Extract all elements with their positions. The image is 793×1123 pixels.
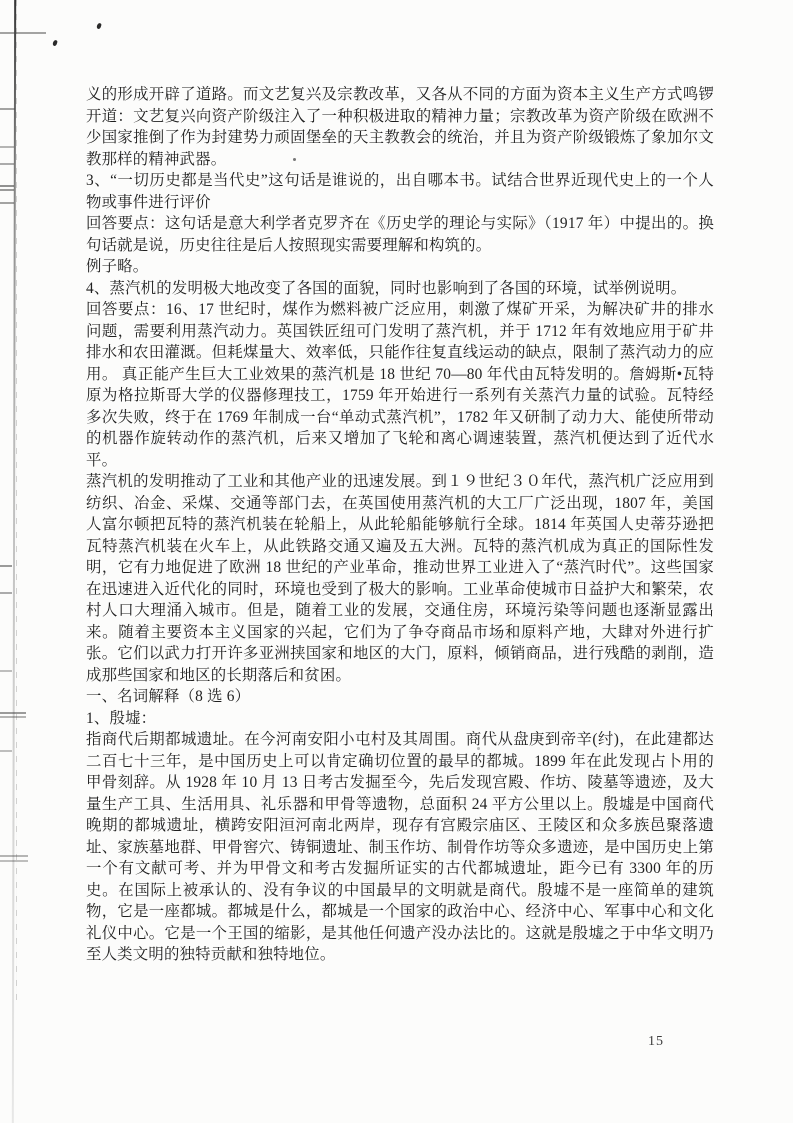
- scan-tick: [0, 202, 14, 204]
- scan-tick: [0, 750, 12, 752]
- scan-tick: [0, 146, 14, 148]
- glossary-term-body: 指商代后期都城遗址。在今河南安阳小屯村及其周围。商代从盘庚到帝辛(纣)，在此建都…: [86, 729, 714, 966]
- question-3-note: 例子略。: [86, 256, 714, 278]
- page-number: 15: [648, 1034, 664, 1050]
- scan-tick: [0, 108, 15, 110]
- glossary-section-heading: 一、名词解释（8 选 6）: [86, 686, 714, 708]
- question-4: 4、蒸汽机的发明极大地改变了各国的面貌，同时也影响到了各国的环境，试举例说明。: [86, 278, 714, 300]
- scan-tick: [0, 189, 14, 191]
- question-4-answer-part1: 回答要点：16、17 世纪时，煤作为燃料被广泛应用，刺激了煤矿开采，为解决矿井的…: [86, 299, 714, 471]
- scan-tick: [0, 670, 12, 672]
- scan-tick: [0, 592, 12, 594]
- scan-tick: [0, 185, 14, 187]
- glossary-term-title: 1、殷墟：: [86, 708, 714, 730]
- scan-tick: [0, 565, 12, 567]
- scan-tick: [0, 855, 28, 857]
- scan-binding-edge-line-faint: [16, 0, 17, 1000]
- question-3-answer: 回答要点：这句话是意大利学者克罗齐在《历史学的理论与实际》（1917 年）中提出…: [86, 213, 714, 256]
- intro-paragraph: 义的形成开辟了道路。而文艺复兴及宗教改革，又各从不同的方面为资本主义生产方式鸣锣…: [86, 84, 714, 170]
- scan-tick: [0, 716, 26, 718]
- scan-tick: [0, 712, 26, 714]
- scan-tick: [0, 32, 46, 34]
- question-3: 3、“一切历史都是当代史”这句话是谁说的，出自哪本书。试结合世界近现代史上的一个…: [86, 170, 714, 213]
- scan-tick: [0, 860, 28, 862]
- document-text-block: 义的形成开辟了道路。而文艺复兴及宗教改革，又各从不同的方面为资本主义生产方式鸣锣…: [86, 84, 714, 966]
- scanned-document-page: 义的形成开辟了道路。而文艺复兴及宗教改革，又各从不同的方面为资本主义生产方式鸣锣…: [0, 0, 793, 1123]
- question-4-answer-part2: 蒸汽机的发明推动了工业和其他产业的迅速发展。到１９世纪３０年代，蒸汽机广泛应用到…: [86, 471, 714, 686]
- scan-tick: [0, 163, 14, 165]
- ink-speck: [96, 23, 102, 30]
- ink-speck: [52, 40, 58, 47]
